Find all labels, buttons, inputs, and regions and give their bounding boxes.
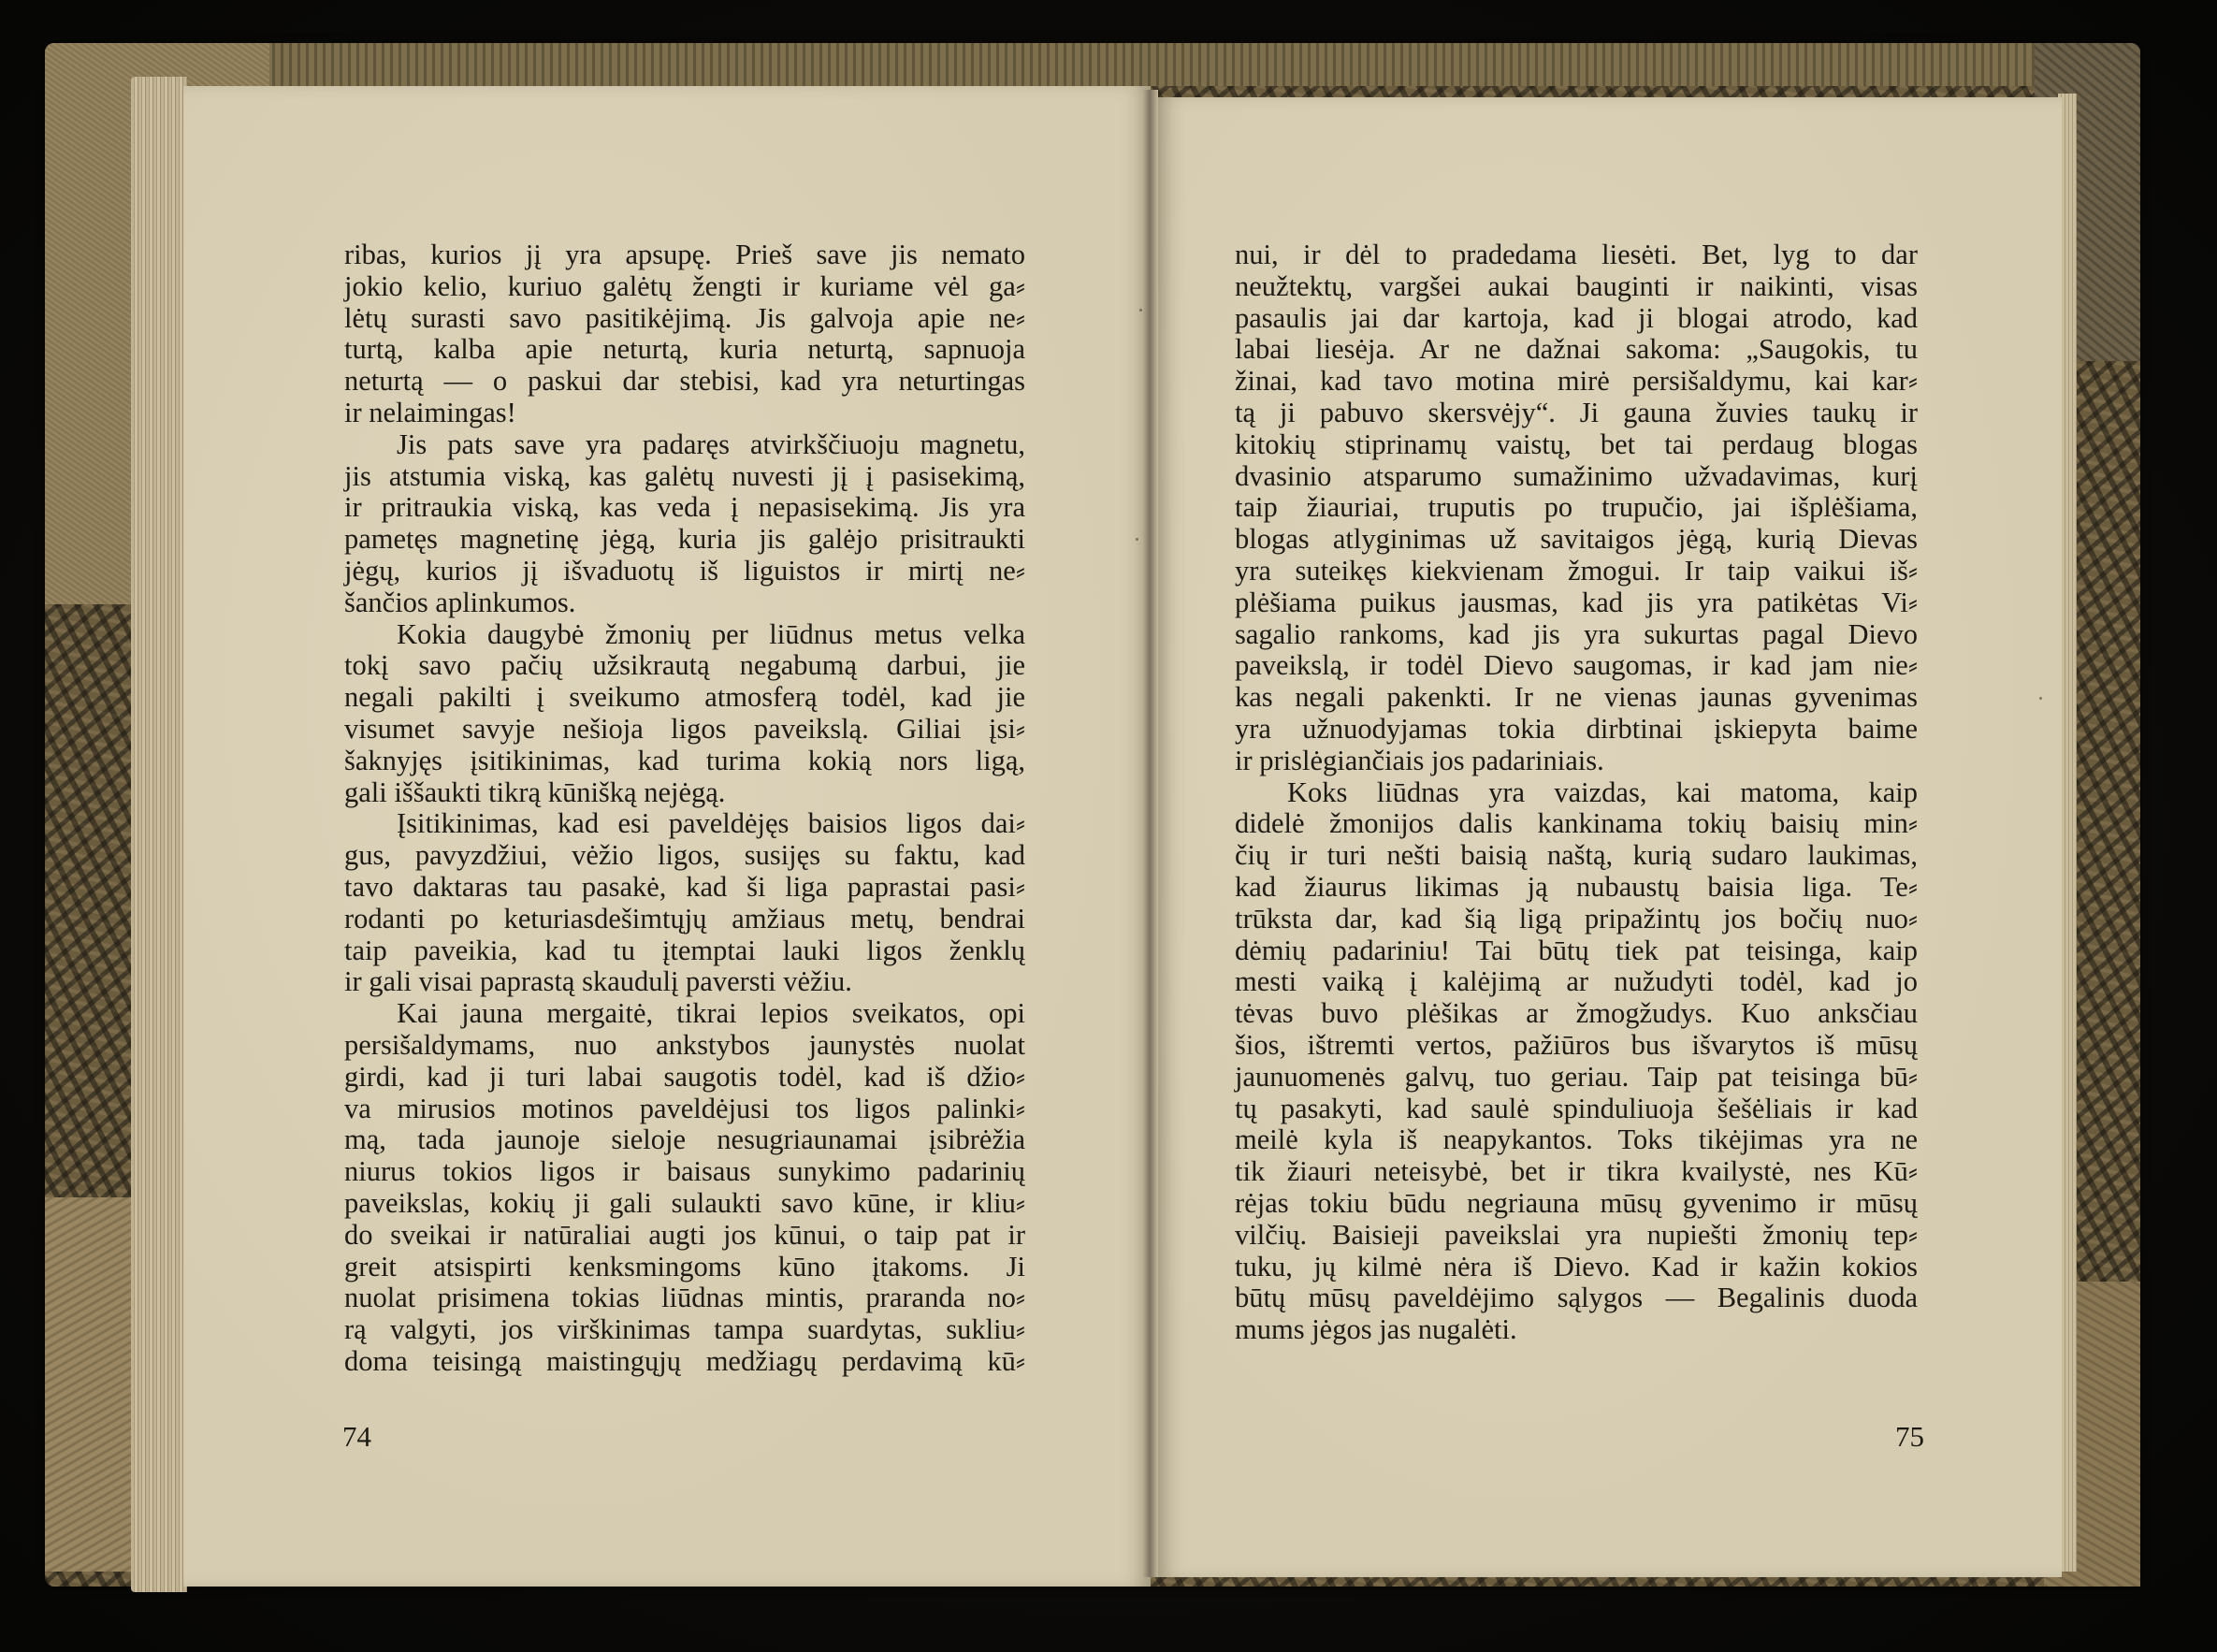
- text-line: didelė žmonijos dalis kankinama tokių ba…: [1235, 808, 1918, 840]
- text-line: gus, pavyzdžiui, vėžio ligos, susijęs su…: [344, 840, 1025, 872]
- text-line: dvasinio atsparumo sumažinimo užvadavima…: [1235, 461, 1918, 493]
- text-line: kitokių stiprinamų vaistų, bet tai perda…: [1235, 429, 1918, 461]
- text-line: jokio kelio, kuriuo galėtų žengti ir kur…: [344, 271, 1025, 303]
- text-line: trūksta dar, kad šią ligą pripažintų jos…: [1235, 904, 1918, 935]
- text-line: girdi, kad ji turi labai saugotis todėl,…: [344, 1062, 1025, 1094]
- text-line: persišaldymams, nuo ankstybos jaunystės …: [344, 1030, 1025, 1062]
- text-line: nuolat prisimena tokias liūdnas mintis, …: [344, 1282, 1025, 1314]
- text-line: sagalio rankoms, kad jis yra sukurtas pa…: [1235, 619, 1918, 651]
- paper-speck: [1136, 538, 1138, 541]
- text-line: šaknyjęs įsitikinimas, kad turima kokią …: [344, 746, 1025, 777]
- text-line: rą valgyti, jos virškinimas tampa suardy…: [344, 1314, 1025, 1346]
- text-line: kas negali pakenkti. Ir ne vienas jaunas…: [1235, 682, 1918, 714]
- text-line: tik žiauri neteisybė, bet ir tikra kvail…: [1235, 1156, 1918, 1188]
- text-line: greit atsispirti kenksmingoms kūno įtako…: [344, 1252, 1025, 1283]
- left-page-body-text: ribas, kurios jį yra apsupę. Prieš save …: [344, 239, 1025, 1378]
- text-line: ir gali visai paprastą skaudulį paversti…: [344, 966, 1025, 998]
- text-line: blogas atlyginimas už savitaigos jėgą, k…: [1235, 524, 1918, 556]
- text-line: negali pakilti į sveikumo atmosferą todė…: [344, 682, 1025, 714]
- text-line: vilčių. Baisieji paveikslai yra nupiešti…: [1235, 1220, 1918, 1252]
- text-line: yra užnuodyjamas tokia dirbtinai įskiepy…: [1235, 714, 1918, 746]
- text-line: mą, tada jaunoje sieloje nesugriaunamai …: [344, 1124, 1025, 1156]
- text-line: jis atstumia viską, kas galėtų nuvesti j…: [344, 461, 1025, 493]
- paper-speck: [2039, 697, 2042, 700]
- text-line: paveikslas, kokių ji gali sulaukti savo …: [344, 1188, 1025, 1220]
- text-line: rėjas tokiu būdu negriauna mūsų gyvenimo…: [1235, 1188, 1918, 1220]
- text-line: mesti vaiką į kalėjimą ar nužudyti todėl…: [1235, 966, 1918, 998]
- text-line: Jis pats save yra padaręs atvirkščiuoju …: [344, 429, 1025, 461]
- text-line: paveikslą, ir todėl Dievo saugomas, ir k…: [1235, 650, 1918, 682]
- page-stack-left-edge: [131, 77, 187, 1592]
- text-line: Įsitikinimas, kad esi paveldėjęs baisios…: [344, 808, 1025, 840]
- text-line: gali iššaukti tikrą kūnišką nejėgą.: [344, 777, 1025, 809]
- text-line: dėmių padariniu! Tai būtų tiek pat teisi…: [1235, 935, 1918, 967]
- text-line: ribas, kurios jį yra apsupę. Prieš save …: [344, 239, 1025, 271]
- text-line: labai liesėja. Ar ne dažnai sakoma: „Sau…: [1235, 334, 1918, 366]
- text-line: pasaulis jai dar kartoja, kad ji blogai …: [1235, 303, 1918, 335]
- text-line: do sveikai ir natūraliai augti jos kūnui…: [344, 1220, 1025, 1252]
- text-line: tėvas buvo plėšikas ar žmogžudys. Kuo an…: [1235, 998, 1918, 1030]
- text-line: meilė kyla iš neapykantos. Toks tikėjima…: [1235, 1124, 1918, 1156]
- text-line: pametęs magnetinę jėgą, kuria jis galėjo…: [344, 524, 1025, 556]
- cover-cloth-top-edge: [45, 43, 2140, 86]
- text-line: taip žiauriai, truputis po trupučio, jai…: [1235, 492, 1918, 524]
- text-line: būtų mūsų paveldėjimo sąlygos — Begalini…: [1235, 1282, 1918, 1314]
- text-line: kad žiaurus likimas ją nubaustų baisia l…: [1235, 872, 1918, 904]
- page-number-left: 74: [342, 1420, 371, 1454]
- text-line: mums jėgos jas nugalėti.: [1235, 1314, 1918, 1346]
- page-number-right: 75: [1895, 1420, 1924, 1454]
- text-line: taip paveikia, kad tu įtemptai lauki lig…: [344, 935, 1025, 967]
- text-line: neužtektų, vargšei aukai bauginti ir nai…: [1235, 271, 1918, 303]
- text-line: tuku, jų kilmė nėra iš Dievo. Kad ir kaž…: [1235, 1252, 1918, 1283]
- text-line: jaunuomenės galvų, tuo geriau. Taip pat …: [1235, 1062, 1918, 1094]
- text-line: šios, ištremti vertos, pažiūros bus išva…: [1235, 1030, 1918, 1062]
- text-line: jėgų, kurios jį išvaduotų iš liguistos i…: [344, 556, 1025, 587]
- text-line: ir nelaimingas!: [344, 398, 1025, 429]
- text-line: visumet savyje nešioja ligos paveikslą. …: [344, 714, 1025, 746]
- text-line: ir pritraukia viską, kas veda į nepasise…: [344, 492, 1025, 524]
- text-line: plėšiama puikus jausmas, kad jis yra pat…: [1235, 587, 1918, 619]
- text-line: niurus tokios ligos ir baisaus sunykimo …: [344, 1156, 1025, 1188]
- text-line: žinai, kad tavo motina mirė persišaldymu…: [1235, 366, 1918, 398]
- text-line: tų pasakyti, kad saulė spinduliuoja šešė…: [1235, 1094, 1918, 1125]
- book-gutter: [1143, 90, 1158, 1577]
- text-line: lėtų surasti savo pasitikėjimą. Jis galv…: [344, 303, 1025, 335]
- text-line: ir prislėgiančiais jos padariniais.: [1235, 746, 1918, 777]
- text-line: šančios aplinkumos.: [344, 587, 1025, 619]
- text-line: doma teisingą maistingųjų medžiagų perda…: [344, 1346, 1025, 1378]
- text-line: rodanti po keturiasdešimtųjų amžiaus met…: [344, 904, 1025, 935]
- text-line: va mirusios motinos paveldėjusi tos ligo…: [344, 1094, 1025, 1125]
- paper-speck: [1139, 309, 1142, 312]
- scanned-book-spread: ribas, kurios jį yra apsupę. Prieš save …: [0, 0, 2217, 1652]
- text-line: tą ji pabuvo skersvėjy“. Ji gauna žuvies…: [1235, 398, 1918, 429]
- text-line: tavo daktaras tau pasakė, kad ši liga pa…: [344, 872, 1025, 904]
- text-line: yra suteikęs kiekvienam žmogui. Ir taip …: [1235, 556, 1918, 587]
- text-line: turtą, kalba apie neturtą, kuria neturtą…: [344, 334, 1025, 366]
- text-line: nui, ir dėl to pradedama liesėti. Bet, l…: [1235, 239, 1918, 271]
- text-line: Kai jauna mergaitė, tikrai lepios sveika…: [344, 998, 1025, 1030]
- text-line: neturtą — o paskui dar stebisi, kad yra …: [344, 366, 1025, 398]
- text-line: tokį savo pačių užsikrautą negabumą darb…: [344, 650, 1025, 682]
- text-line: Koks liūdnas yra vaizdas, kai matoma, ka…: [1235, 777, 1918, 809]
- text-line: čių ir turi nešti baisią naštą, kurią su…: [1235, 840, 1918, 872]
- text-line: Kokia daugybė žmonių per liūdnus metus v…: [344, 619, 1025, 651]
- right-page-body-text: nui, ir dėl to pradedama liesėti. Bet, l…: [1235, 239, 1918, 1346]
